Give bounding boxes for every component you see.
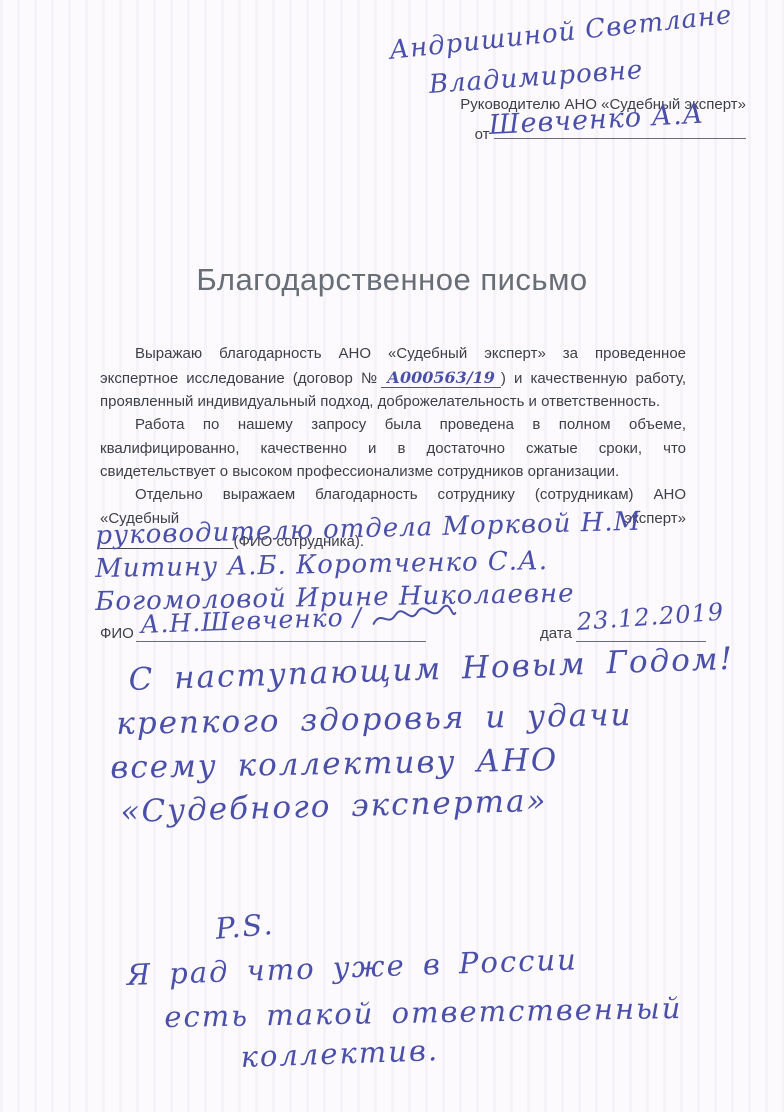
handwritten-ps-line3: коллектив. (240, 1033, 440, 1074)
handwritten-greeting-line1: С наступающим Новым Годом! (128, 641, 735, 698)
paragraph-work-quality: Работа по нашему запросу была проведена … (100, 413, 686, 484)
handwritten-addressee-line2: Владимировне (428, 55, 644, 100)
page-title: Благодарственное письмо (0, 262, 784, 298)
handwritten-contract-number: А000563/19 (381, 368, 501, 388)
fio-label: ФИО (100, 625, 134, 642)
handwritten-greeting-line3: всему коллективу АНО (110, 742, 559, 786)
handwritten-greeting-line4: «Судебного эксперта» (120, 783, 548, 830)
handwritten-ps-label: P.S. (214, 907, 276, 946)
handwritten-ps-line2: есть такой ответственный (164, 991, 683, 1034)
scanned-letter-page: Андришиной Светлане Владимировне Руковод… (0, 0, 784, 1112)
date-label: дата (540, 625, 572, 642)
from-label: от (475, 126, 490, 143)
signature-scribble-icon (371, 602, 458, 631)
handwritten-ps-line1: Я рад что уже в России (126, 942, 578, 992)
handwritten-greeting-line2: крепкого здоровья и удачи (116, 697, 633, 742)
handwritten-addressee-line1: Андришиной Светлане (388, 0, 734, 66)
paragraph-gratitude: Выражаю благодарность АНО «Судебный эксп… (100, 342, 686, 414)
